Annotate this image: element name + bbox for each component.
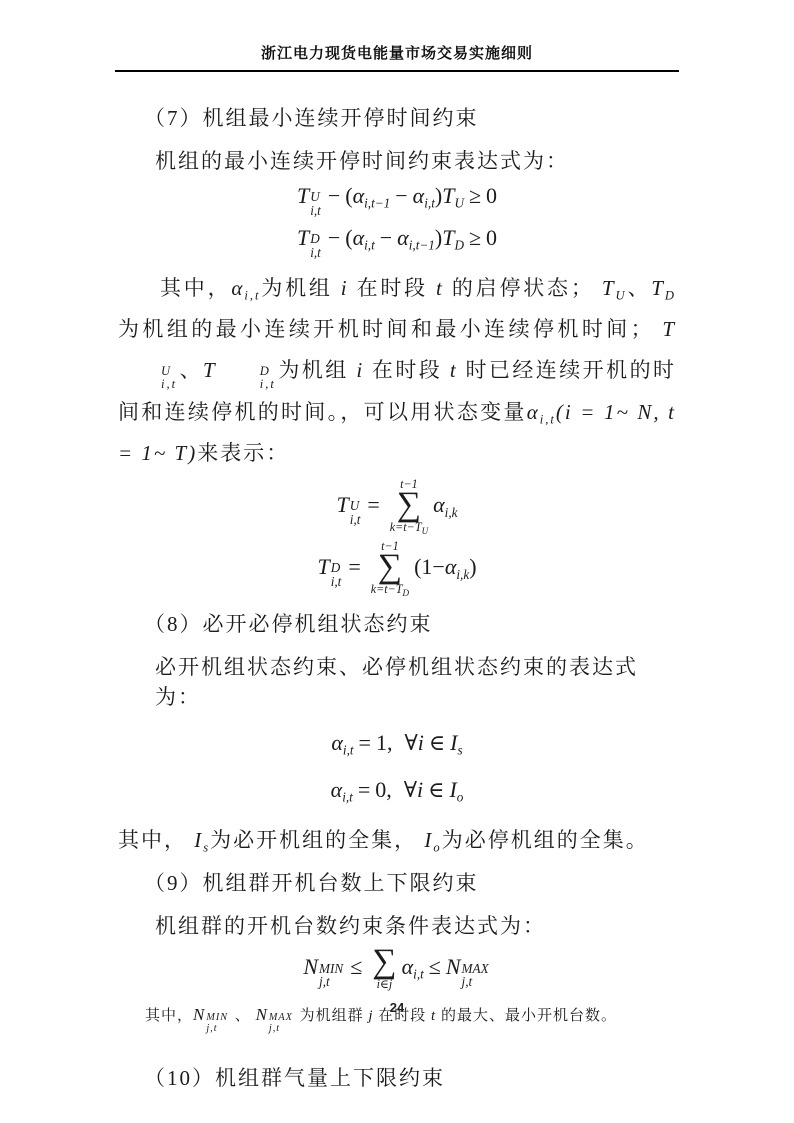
sigma-symbol: ∑ <box>397 491 421 520</box>
var-alpha: α <box>445 554 457 579</box>
var-T: T <box>297 183 309 208</box>
summation: t−1∑k=t−TU <box>390 478 428 536</box>
text-run: 为机组 <box>278 358 356 382</box>
sub-D: D <box>403 588 410 598</box>
section-9-heading: （9）机组群开机台数上下限约束 <box>118 867 676 897</box>
sum-lower-limit: i∈j <box>377 977 393 990</box>
minus-op: − <box>328 183 340 208</box>
var-alpha: α <box>331 730 343 755</box>
sub-it-prev: i,t−1 <box>364 196 390 211</box>
var-alpha: α <box>413 183 425 208</box>
section-8-intro: 必开机组状态约束、必停机组状态约束的表达式为： <box>118 651 676 711</box>
sub-it: i,t <box>540 412 556 426</box>
text-run: 其中， <box>160 276 231 300</box>
leq-op: ≤ <box>429 954 441 979</box>
var-T: T <box>602 276 616 300</box>
var-alpha: α <box>397 225 409 250</box>
supsub: Di,t <box>310 232 321 260</box>
formula-on-time-sum: TUi,t=t−1∑k=t−TUαi,k <box>118 478 676 536</box>
var-T: T <box>336 492 348 517</box>
sup-U: U <box>310 190 321 204</box>
forall-symbol: ∀ <box>404 777 417 802</box>
var-I: I <box>194 828 203 852</box>
supsub: MAXj,t <box>269 1013 293 1034</box>
sub-it: i,t <box>310 246 321 260</box>
sup-D: D <box>310 232 321 246</box>
supsub: MAXj,t <box>462 962 489 990</box>
sup-D: D <box>331 561 342 575</box>
formula-must-run: αi,t=1,∀i∈Is <box>118 721 676 765</box>
comma: , <box>386 777 392 802</box>
num-one: 1 <box>376 730 387 755</box>
minus-op: − <box>395 183 407 208</box>
geq-op: ≥ <box>469 183 481 208</box>
text-run: 的启停状态； <box>444 276 602 300</box>
var-alpha: α <box>353 183 365 208</box>
element-of-symbol: ∈ <box>428 777 444 802</box>
text-run: 为必开机组的全集， <box>210 828 424 852</box>
section-9-intro: 机组群的开机台数约束条件表达式为： <box>118 910 676 940</box>
sub-D: D <box>665 288 676 302</box>
text-run: 在时段 <box>349 276 436 300</box>
sub-s: s <box>458 743 463 758</box>
var-alpha: α <box>353 225 365 250</box>
num-zero: 0 <box>375 777 386 802</box>
paren-close: ) <box>469 554 476 579</box>
var-I: I <box>449 777 456 802</box>
minus-op: − <box>380 225 392 250</box>
geq-op: ≥ <box>469 225 481 250</box>
sub-o: o <box>457 790 464 805</box>
sup-MIN: MIN <box>319 962 343 976</box>
var-alpha: α <box>402 954 414 979</box>
section-7-intro: 机组的最小连续开停时间约束表达式为： <box>118 145 676 175</box>
supsub: MINj,t <box>319 962 343 990</box>
sub-it: i,t <box>343 743 354 758</box>
var-alpha: α <box>433 492 445 517</box>
page-header: 浙江电力现货电能量市场交易实施细则 <box>115 0 679 72</box>
var-i: i <box>341 276 349 300</box>
formula-unit-count-limits: NMINj,t≤∑i∈jαi,t≤NMAXj,t <box>118 948 676 990</box>
supsub: Ui,t <box>350 499 361 527</box>
formula-block-unit-count: NMINj,t≤∑i∈jαi,t≤NMAXj,t <box>118 948 676 990</box>
forall-symbol: ∀ <box>404 730 417 755</box>
supsub: Ui,t <box>119 365 177 391</box>
var-alpha: α <box>331 777 343 802</box>
sub-it: i,t <box>342 790 353 805</box>
sigma-symbol: ∑ <box>378 553 402 582</box>
var-T: T <box>651 276 665 300</box>
document-title: 浙江电力现货电能量市场交易实施细则 <box>115 42 679 63</box>
num-zero: 0 <box>486 225 497 250</box>
summation: t−1∑k=t−TD <box>371 540 409 598</box>
sub-jt: j,t <box>319 975 343 989</box>
sup-U: U <box>350 499 361 513</box>
sub-jt: j,t <box>206 1024 228 1035</box>
formula-block-min-onoff: TUi,t−(αi,t−1−αi,t)TU≥0 TDi,t−(αi,t−αi,t… <box>118 179 676 260</box>
var-T: T <box>442 183 454 208</box>
leq-op: ≤ <box>350 954 362 979</box>
section-10-heading: （10）机组群气量上下限约束 <box>118 1062 676 1092</box>
var-i: i <box>418 730 424 755</box>
document-page: 浙江电力现货电能量市场交易实施细则 （7）机组最小连续开停时间约束 机组的最小连… <box>0 0 794 1123</box>
text-run: 为机组 <box>261 276 341 300</box>
sub-it: i,t <box>119 378 177 391</box>
minus-op: − <box>328 225 340 250</box>
var-N: N <box>446 954 461 979</box>
formula-block-must-run: αi,t=1,∀i∈Is αi,t=0,∀i∈Io <box>118 721 676 812</box>
equals-op: = <box>358 777 370 802</box>
page-number: 24 <box>0 1000 794 1015</box>
sub-o: o <box>433 841 441 855</box>
paren-open: ( <box>345 183 352 208</box>
sum-lower-limit: k=t−TU <box>390 520 428 536</box>
equals-op: = <box>367 492 379 517</box>
page-content: （7）机组最小连续开停时间约束 机组的最小连续开停时间约束表达式为： TUi,t… <box>118 102 676 1092</box>
section-8-heading: （8）必开必停机组状态约束 <box>118 608 676 638</box>
sub-jt: j,t <box>462 975 489 989</box>
sub-jt: j,t <box>269 1024 293 1035</box>
num-zero: 0 <box>486 183 497 208</box>
sub-D: D <box>454 238 464 253</box>
formula-min-off-time: TDi,t−(αi,t−αi,t−1)TD≥0 <box>118 221 676 260</box>
comma: , <box>387 730 393 755</box>
var-t: t <box>436 276 444 300</box>
var-alpha: α <box>231 276 244 300</box>
sub-U: U <box>454 196 464 211</box>
sigma-symbol: ∑ <box>372 948 396 977</box>
supsub: Ui,t <box>310 190 321 218</box>
sub-it: i,t <box>413 967 424 982</box>
sub-it: i,t <box>244 288 260 302</box>
var-N: N <box>303 954 318 979</box>
sum-lower-text: k=t−T <box>390 520 422 534</box>
paren-open: ( <box>345 225 352 250</box>
sub-it: i,t <box>310 204 321 218</box>
sub-ik: i,k <box>445 504 458 519</box>
var-i: i <box>417 777 423 802</box>
summation: ∑i∈j <box>372 948 396 990</box>
sum-lower-limit: k=t−TD <box>371 582 409 598</box>
equals-op: = <box>348 554 360 579</box>
sum-lower-text: k=t−T <box>371 582 403 596</box>
supsub: Di,t <box>331 561 342 589</box>
text-run: 为必停机组的全集。 <box>442 828 649 852</box>
sub-it: i,t <box>350 513 361 527</box>
text-run: 其中， <box>118 828 194 852</box>
formula-off-time-sum: TDi,t=t−1∑k=t−TD(1−αi,k) <box>118 540 676 598</box>
var-T: T <box>662 317 676 341</box>
formula-block-duration-sums: TUi,t=t−1∑k=t−TUαi,k TDi,t=t−1∑k=t−TD(1−… <box>118 478 676 599</box>
formula-must-stop: αi,t=0,∀i∈Io <box>118 768 676 812</box>
var-t: t <box>450 358 458 382</box>
sub-U: U <box>422 526 429 536</box>
section-7-heading: （7）机组最小连续开停时间约束 <box>118 102 676 132</box>
section-8-paragraph: 其中， Is为必开机组的全集， Io为必停机组的全集。 <box>118 820 676 861</box>
formula-min-on-time: TUi,t−(αi,t−1−αi,t)TU≥0 <box>118 179 676 218</box>
supsub: Di,t <box>218 365 276 391</box>
sub-it: i,t <box>331 575 342 589</box>
var-alpha: α <box>527 400 540 424</box>
sub-it: i,t <box>424 196 435 211</box>
var-I: I <box>450 730 457 755</box>
sub-it: i,t <box>364 238 375 253</box>
text-run: 来表示： <box>197 441 289 465</box>
text-run: 为机组的最小连续开机时间和最小连续停机时间； <box>118 317 662 341</box>
element-of-symbol: ∈ <box>429 730 445 755</box>
text-run: 在时段 <box>364 358 450 382</box>
var-T: T <box>203 358 217 382</box>
var-T: T <box>442 225 454 250</box>
sub-ik: i,k <box>456 567 469 582</box>
sub-U: U <box>616 288 627 302</box>
punct-dun: 、 <box>627 276 652 300</box>
sup-MAX: MAX <box>462 962 489 976</box>
section-7-paragraph: 其中，αi,t为机组 i 在时段 t 的启停状态； TU、TD为机组的最小连续开… <box>118 268 676 474</box>
var-T: T <box>317 554 329 579</box>
sub-it: i,t <box>218 378 276 391</box>
sub-it-prev: i,t−1 <box>409 238 435 253</box>
punct-dun: 、 <box>179 358 203 382</box>
one-minus-open: (1− <box>414 554 445 579</box>
supsub: MINj,t <box>206 1013 228 1034</box>
var-T: T <box>297 225 309 250</box>
equals-op: = <box>359 730 371 755</box>
